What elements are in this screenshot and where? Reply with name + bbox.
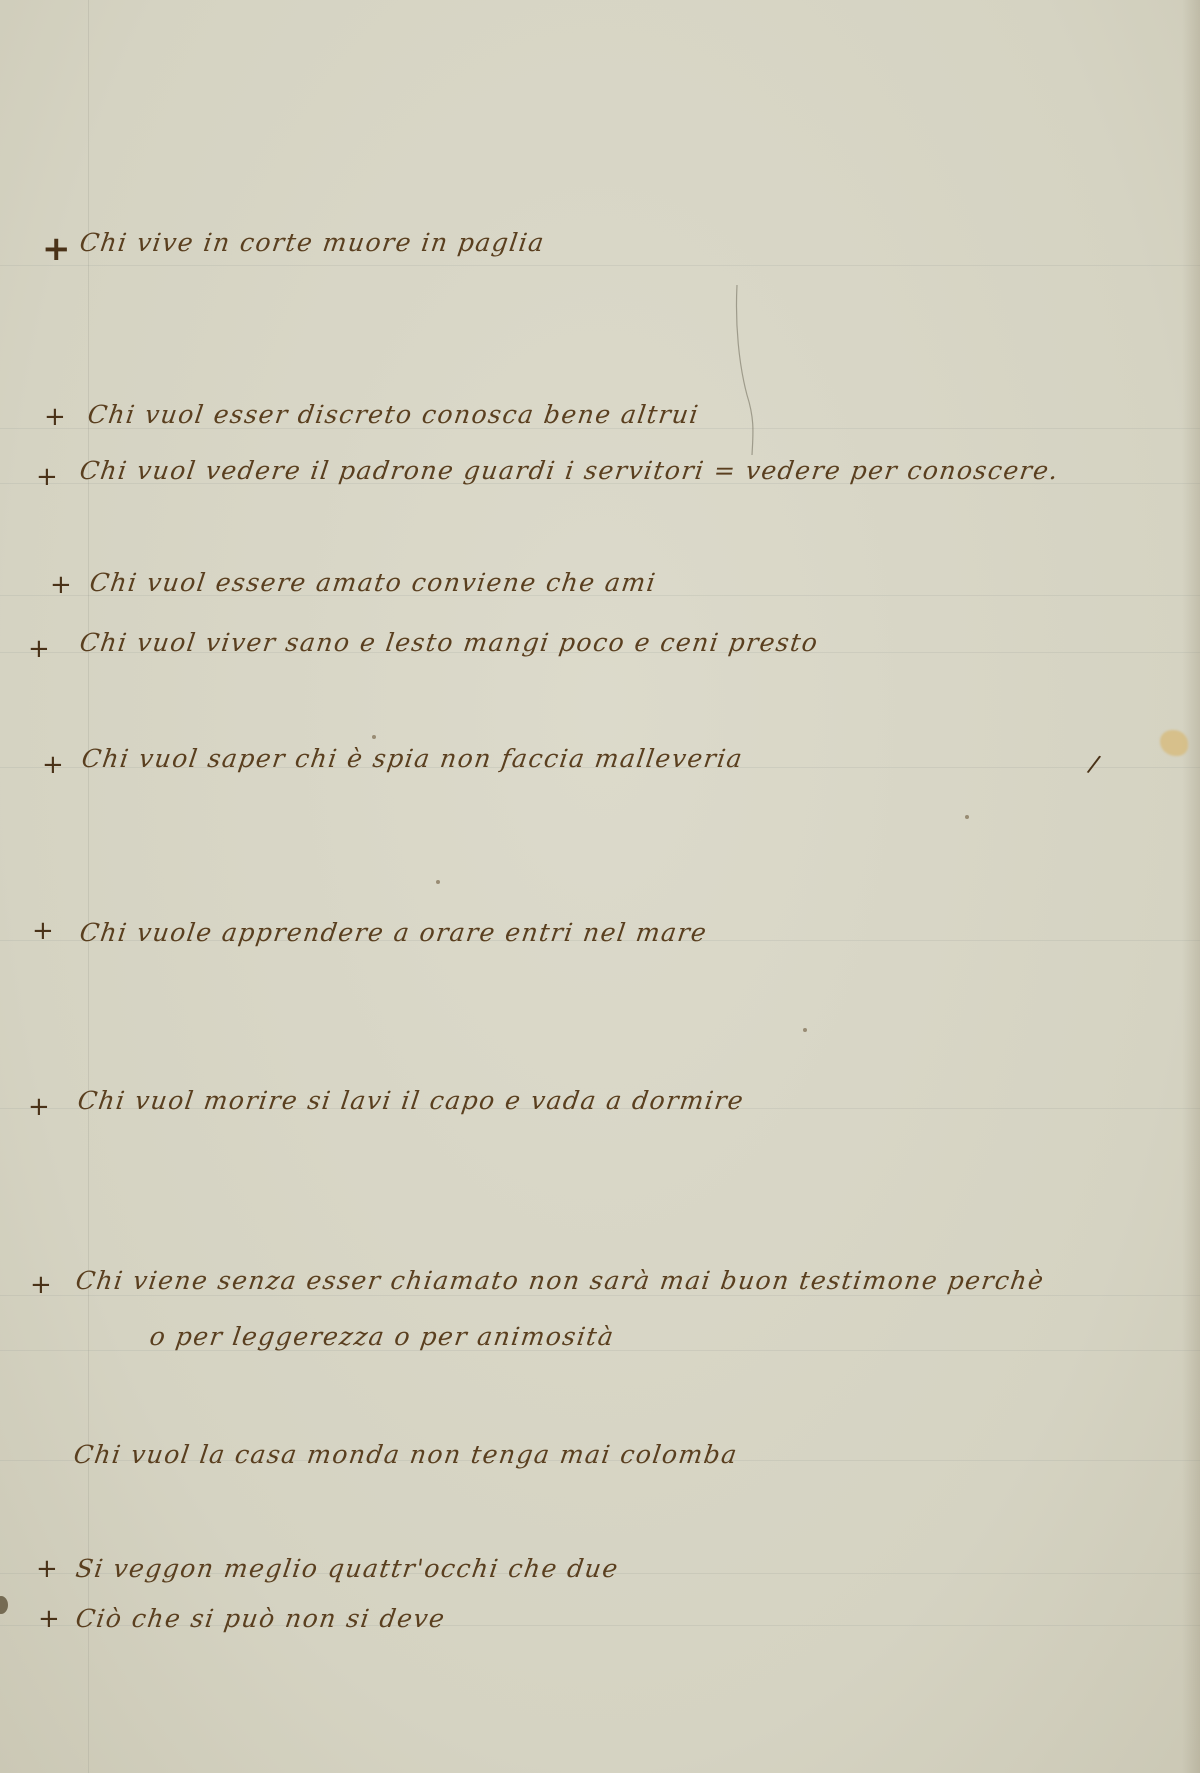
proverb-line: Ciò che si può non si deve	[74, 1604, 448, 1633]
margin-tick-mark: /	[1086, 751, 1102, 776]
cross-mark: +	[32, 918, 54, 944]
cross-mark: +	[42, 232, 71, 266]
ruled-line	[0, 265, 1200, 266]
proverb-line: Chi vuol vedere il padrone guardi i serv…	[78, 456, 1061, 485]
ink-speck	[436, 880, 440, 884]
proverb-line: Chi vive in corte muore in paglia	[78, 228, 547, 257]
proverb-line: Chi vuol essere amato conviene che ami	[88, 568, 658, 597]
cross-mark: +	[44, 404, 66, 430]
proverb-line: Chi vuol esser discreto conosca bene alt…	[86, 400, 701, 429]
paper-stain	[1160, 730, 1188, 756]
paper-crease	[735, 285, 765, 455]
cross-mark: +	[50, 572, 72, 598]
ink-speck	[372, 735, 376, 739]
ink-speck	[965, 815, 969, 819]
proverb-line: Si veggon meglio quattr'occhi che due	[74, 1554, 621, 1583]
page-edge-shadow	[1182, 0, 1200, 1773]
cross-mark: +	[42, 752, 64, 778]
paper-stain	[0, 1596, 8, 1614]
cross-mark: +	[28, 1094, 50, 1120]
proverb-line: Chi vuol saper chi è spia non faccia mal…	[80, 744, 745, 773]
ink-speck	[803, 1028, 807, 1032]
proverb-line: Chi vuol morire si lavi il capo e vada a…	[76, 1086, 746, 1115]
proverb-line: Chi viene senza esser chiamato non sarà …	[74, 1266, 1047, 1295]
proverb-continuation: o per leggerezza o per animosità	[148, 1322, 617, 1351]
proverb-line: Chi vuole apprendere a orare entri nel m…	[78, 918, 709, 947]
proverb-line: Chi vuol viver sano e lesto mangi poco e…	[78, 628, 821, 657]
margin-line	[88, 0, 89, 1773]
cross-mark: +	[36, 464, 58, 490]
cross-mark: +	[30, 1272, 52, 1298]
cross-mark: +	[38, 1606, 60, 1632]
cross-mark: +	[36, 1556, 58, 1582]
ruled-line	[0, 1295, 1200, 1296]
manuscript-page: + Chi vive in corte muore in paglia + Ch…	[0, 0, 1200, 1773]
proverb-line: Chi vuol la casa monda non tenga mai col…	[72, 1440, 740, 1469]
cross-mark: +	[28, 636, 50, 662]
